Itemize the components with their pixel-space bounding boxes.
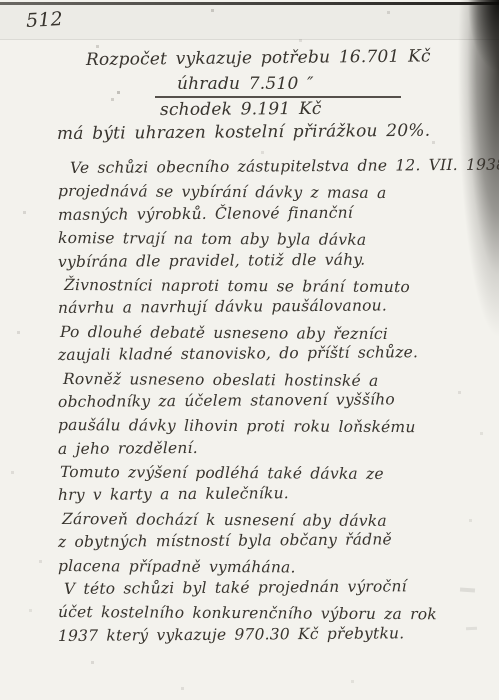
handwritten-line: hry v karty a na kulečníku. <box>58 481 473 508</box>
scan-top-band <box>0 5 499 40</box>
handwritten-line: 1937 který vykazuje 970.30 Kč přebytku. <box>58 622 473 649</box>
handwritten-line: V této schůzi byl také projednán výroční <box>64 575 473 602</box>
summary-line-uhrada: úhradu 7.510 ″ <box>155 74 314 94</box>
handwritten-line: obchodníky za účelem stanovení vyššího <box>58 388 473 415</box>
handwritten-line: a jeho rozdělení. <box>58 434 473 461</box>
handwritten-line: zaujali kladné stanovisko, do příští sch… <box>58 341 473 368</box>
meeting-notes: Ve schůzi obecního zástupitelstva dne 12… <box>58 157 473 648</box>
handwritten-line: z obytných místností byla občany řádně <box>58 528 473 555</box>
summary-line-uhrada-underlined: úhradu 7.510 ″ <box>155 72 401 98</box>
handwritten-line: vybírána dle pravidel, totiž dle váhy. <box>58 247 473 274</box>
handwritten-line: Ve schůzi obecního zástupitelstva dne 12… <box>70 154 473 181</box>
handwritten-line: masných výrobků. Členové finanční <box>58 201 473 228</box>
document-scan-page: 512 Rozpočet vykazuje potřebu 16.701 Kč … <box>0 0 499 700</box>
summary-line-potreba: Rozpočet vykazuje potřebu 16.701 Kč <box>86 44 499 72</box>
paper-speckles <box>0 0 1 1</box>
budget-summary: Rozpočet vykazuje potřebu 16.701 Kč úhra… <box>0 48 499 146</box>
summary-line-coverage: má býti uhrazen kostelní přirážkou 20%. <box>57 118 499 146</box>
page-number: 512 <box>25 8 63 32</box>
handwritten-line: návrhu a navrhují dávku paušálovanou. <box>58 294 473 321</box>
